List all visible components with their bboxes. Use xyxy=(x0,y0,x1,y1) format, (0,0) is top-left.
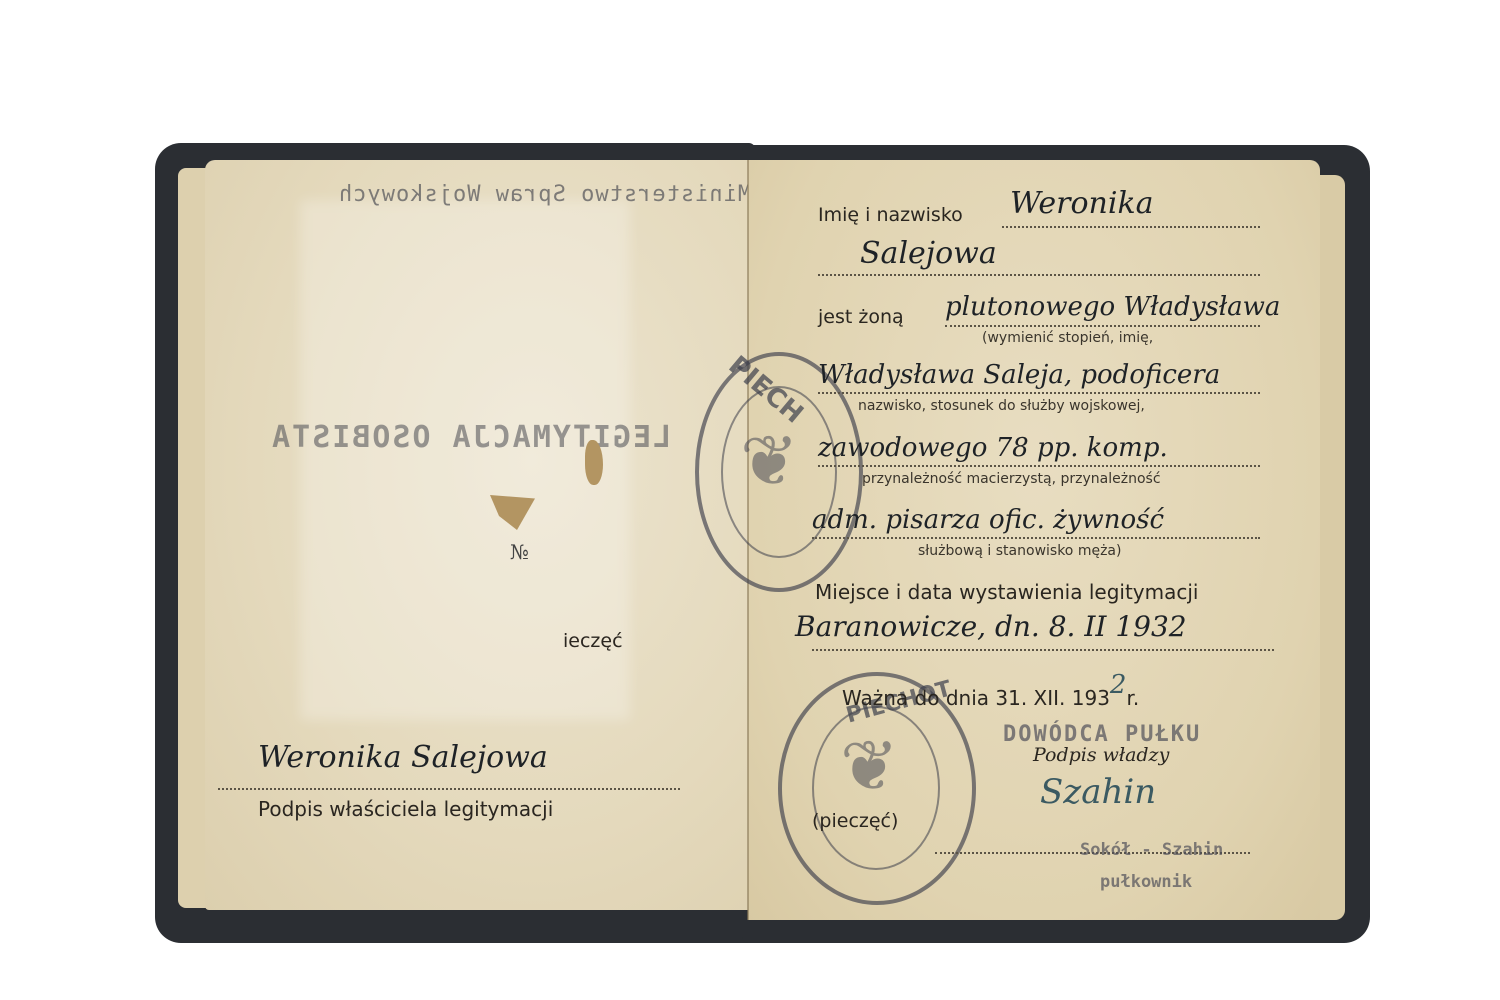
husband-line-4: adm. pisarza ofic. żywność xyxy=(812,505,1164,535)
paper-tear xyxy=(585,440,603,485)
owner-signature: Weronika Salejowa xyxy=(258,740,548,775)
commander-rank: pułkownik xyxy=(1100,872,1192,892)
authority-signature-label: Podpis władzy xyxy=(1033,744,1169,766)
valid-year-digit: 2 xyxy=(1110,670,1127,700)
valid-until-suffix: r. xyxy=(1126,686,1139,710)
issue-line xyxy=(812,649,1274,651)
commander-name: Sokół - Szahin xyxy=(1080,840,1223,860)
owner-signature-label: Podpis właściciela legitymacji xyxy=(258,797,553,821)
signature-line xyxy=(218,788,680,790)
name-label: Imię i nazwisko xyxy=(818,204,963,226)
issue-label: Miejsce i data wystawienia legitymacji xyxy=(815,580,1199,604)
husband-hint-3: przynależność macierzystą, przynależność xyxy=(862,471,1161,487)
mirrored-title: LEGITYMACJA OSOBISTA xyxy=(270,420,671,455)
valid-until-label: Ważna do dnia 31. XII. 1932r. xyxy=(842,682,1139,712)
husband-line-4-rule xyxy=(812,537,1260,539)
surname-value: Salejowa xyxy=(860,236,997,271)
surname-line xyxy=(818,274,1260,276)
husband-line-1: plutonowego Władysława xyxy=(945,292,1280,322)
valid-until-prefix: Ważna do dnia 31. XII. 193 xyxy=(842,686,1110,710)
husband-line-2-rule xyxy=(818,392,1260,394)
husband-hint-1: (wymienić stopień, imię, xyxy=(982,330,1153,346)
issue-value: Baranowicze, dn. 8. II 1932 xyxy=(795,610,1187,643)
number-mark: № xyxy=(510,540,529,564)
commander-signature: Szahin xyxy=(1040,772,1156,812)
eagle-emblem-icon: ❦ xyxy=(740,420,799,502)
husband-line-2: Władysława Saleja, podoficera xyxy=(818,360,1220,390)
husband-hint-2: nazwisko, stosunek do służby wojskowej, xyxy=(858,398,1145,414)
husband-line-1-rule xyxy=(945,325,1260,327)
seal-label: (pieczęć) xyxy=(812,810,898,832)
wife-of-label: jest żoną xyxy=(818,306,904,328)
husband-line-3-rule xyxy=(818,465,1260,467)
husband-hint-4: służbową i stanowisko męża) xyxy=(918,543,1121,559)
seal-label-fragment: ieczęć xyxy=(563,630,623,652)
husband-line-3: zawodowego 78 pp. komp. xyxy=(818,433,1168,463)
mirrored-header: Ministerstwo Spraw Wojskowych xyxy=(338,182,751,207)
eagle-emblem-icon: ❦ xyxy=(840,725,899,807)
name-line xyxy=(1002,226,1260,228)
first-name-value: Weronika xyxy=(1010,186,1154,221)
